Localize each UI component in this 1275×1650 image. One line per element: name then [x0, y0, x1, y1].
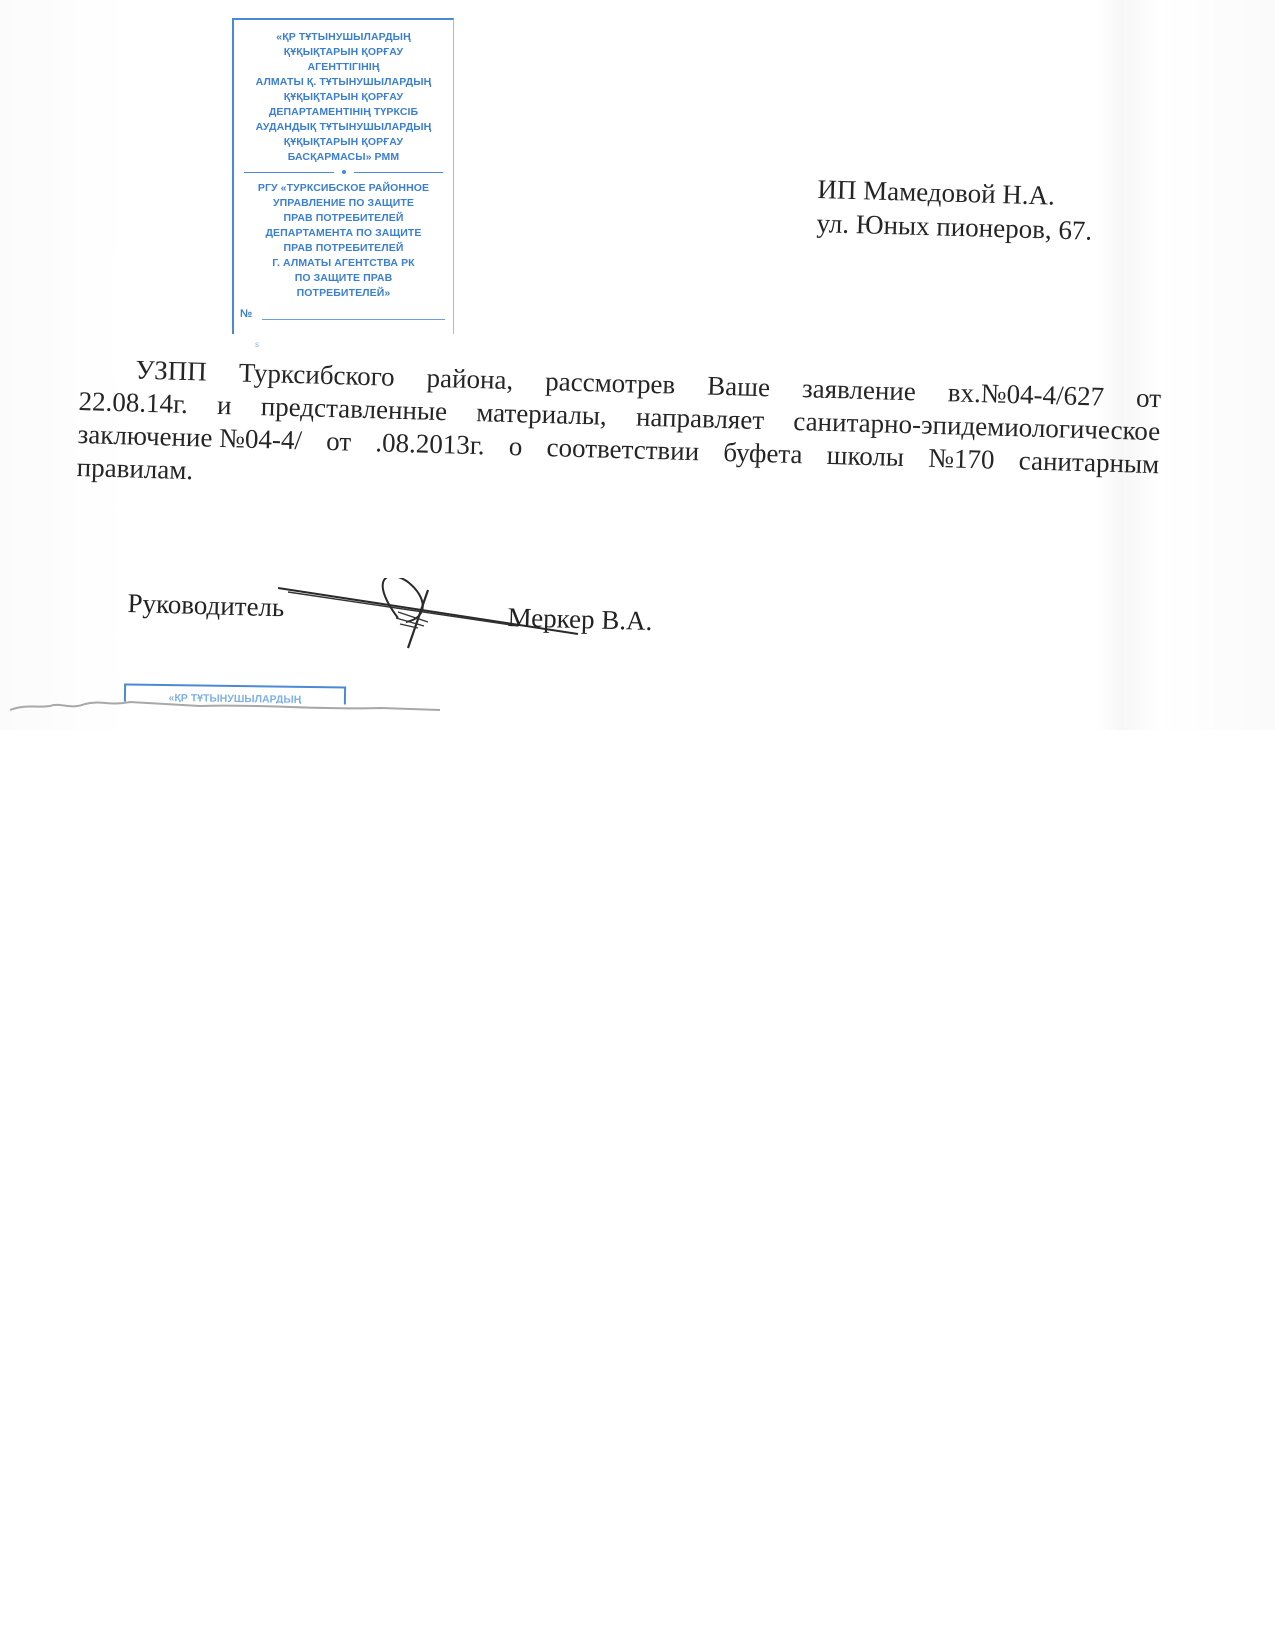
stamp-kazakh-line: ҚҰҚЫҚТАРЫН ҚОРҒАУ	[234, 135, 453, 150]
body-word: вх.№04-4/627	[947, 376, 1104, 413]
stamp-kazakh-line: ДЕПАРТАМЕНТІНІҢ ТҮРКСІБ	[234, 105, 453, 120]
stamp-number-field: №	[240, 307, 447, 322]
signatory-name: Меркер В.А.	[507, 602, 653, 637]
partial-stamp-bottom: «ҚР ТҰТЫНУШЫЛАРДЫҢ	[124, 683, 346, 704]
body-word: о	[508, 430, 522, 463]
stamp-russian-line: ПРАВ ПОТРЕБИТЕЛЕЙ	[234, 241, 453, 256]
body-word: от	[326, 425, 352, 459]
body-word: .08.2013г.	[375, 426, 485, 462]
stamp-kazakh-line: ҚҰҚЫҚТАРЫН ҚОРҒАУ	[234, 45, 453, 60]
stamp-kazakh-text: «ҚР ТҰТЫНУШЫЛАРДЫҢҚҰҚЫҚТАРЫН ҚОРҒАУАГЕНТ…	[234, 30, 453, 165]
signatory-title: Руководитель	[127, 588, 285, 623]
body-word: школы	[826, 439, 904, 474]
stamp-kazakh-line: «ҚР ТҰТЫНУШЫЛАРДЫҢ	[234, 30, 453, 45]
stamp-residue: s	[255, 340, 259, 349]
body-word: направляет	[636, 401, 765, 438]
recipient-block: ИП Мамедовой Н.А. ул. Юных пионеров, 67.	[816, 172, 1094, 248]
body-word: материалы,	[476, 396, 607, 433]
stamp-russian-line: ДЕПАРТАМЕНТА ПО ЗАЩИТЕ	[234, 226, 453, 241]
stamp-kazakh-line: АГЕНТТІГІНІҢ	[234, 60, 453, 75]
body-word: соответствии	[546, 431, 699, 468]
body-word: представленные	[260, 390, 447, 428]
body-word: буфета	[723, 436, 803, 471]
body-word: рассмотрев	[545, 365, 676, 402]
body-word: от	[1136, 382, 1162, 416]
stamp-russian-text: РГУ «ТУРКСИБСКОЕ РАЙОННОЕУПРАВЛЕНИЕ ПО З…	[234, 181, 453, 301]
stamp-kazakh-line: АУДАНДЫҚ ТҰТЫНУШЫЛАРДЫҢ	[234, 120, 453, 135]
signature-block: Руководитель Меркер В.А.	[128, 588, 668, 678]
body-word: района,	[426, 362, 514, 397]
stamp-russian-line: Г. АЛМАТЫ АГЕНТСТВА РК	[234, 256, 453, 271]
body-word: 22.08.14г.	[78, 385, 188, 421]
stamp-russian-line: РГУ «ТУРКСИБСКОЕ РАЙОННОЕ	[234, 181, 453, 196]
stamp-russian-line: ПО ЗАЩИТЕ ПРАВ	[234, 271, 453, 286]
body-word: УЗПП	[135, 354, 207, 389]
stamp-russian-line: ПОТРЕБИТЕЛЕЙ»	[234, 286, 453, 301]
official-stamp: «ҚР ТҰТЫНУШЫЛАРДЫҢҚҰҚЫҚТАРЫН ҚОРҒАУАГЕНТ…	[232, 18, 454, 334]
body-word: Турксибского	[238, 356, 395, 393]
stamp-kazakh-line: АЛМАТЫ Қ. ТҰТЫНУШЫЛАРДЫҢ	[234, 75, 453, 90]
body-word: правилам.	[76, 451, 193, 487]
body-word: санитарным	[1018, 444, 1159, 481]
stamp-kazakh-line: БАСҚАРМАСЫ» РММ	[234, 150, 453, 165]
body-word: заявление	[802, 372, 917, 408]
stamp-russian-line: УПРАВЛЕНИЕ ПО ЗАЩИТЕ	[234, 196, 453, 211]
stamp-russian-line: ПРАВ ПОТРЕБИТЕЛЕЙ	[234, 211, 453, 226]
stamp-kazakh-line: ҚҰҚЫҚТАРЫН ҚОРҒАУ	[234, 90, 453, 105]
body-word: №170	[928, 442, 995, 477]
body-word: Ваше	[707, 370, 771, 405]
stamp-separator	[244, 167, 443, 177]
stamp-number-label: №	[240, 308, 252, 320]
body-word: и	[217, 389, 232, 422]
